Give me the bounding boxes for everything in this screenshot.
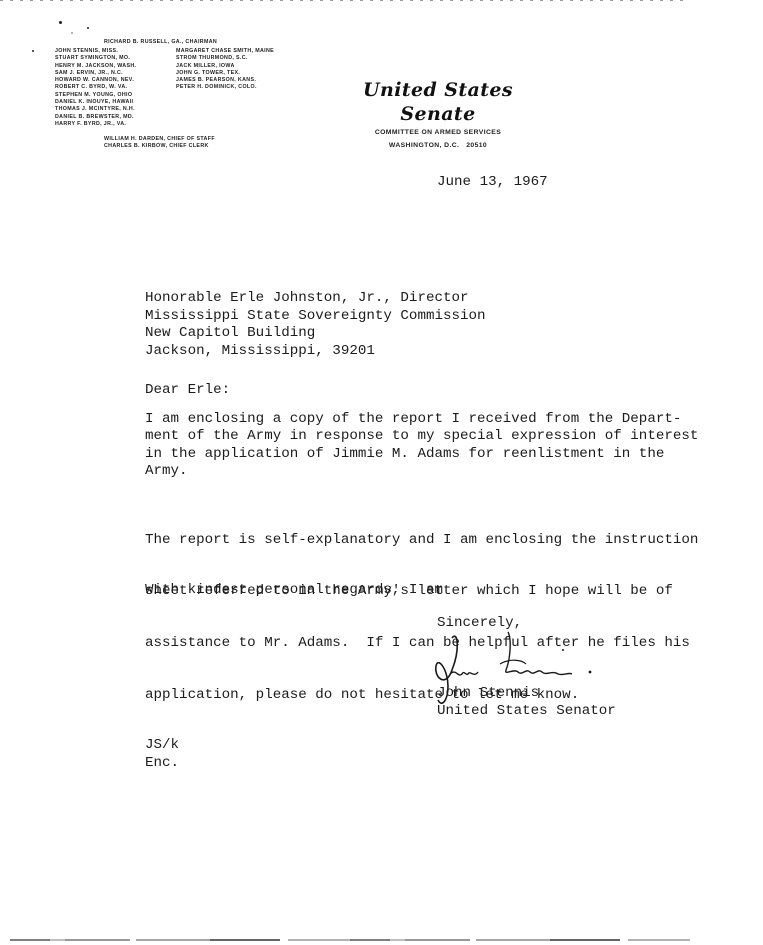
letterhead-members-left: John Stennis, Miss. Stuart Symington, Mo… [55,48,136,128]
member-name: Peter H. Dominick, Colo. [176,84,274,91]
member-name: Robert C. Byrd, W. Va. [55,84,136,91]
recipient-address: Honorable Erle Johnston, Jr., Director M… [145,290,486,360]
member-name: Daniel B. Brewster, Md. [55,114,136,121]
address-line: New Capitol Building [145,325,486,343]
address-line: Jackson, Mississippi, 39201 [145,343,486,361]
member-name: Howard W. Cannon, Nev. [55,77,136,84]
committee-location: WASHINGTON, D.C. 20510 [322,139,554,152]
member-name: Margaret Chase Smith, Maine [176,48,274,55]
staff-name: Charles B. Kirbow, Chief Clerk [104,143,215,150]
letterhead-chairman: Richard B. Russell, Ga., Chairman [104,39,217,46]
address-line: Mississippi State Sovereignty Commission [145,308,486,326]
reference-initials: JS/k [145,736,179,754]
committee-name: COMMITTEE ON ARMED SERVICES [322,126,554,139]
salutation: Dear Erle: [145,382,230,398]
body-line: ment of the Army in response to my speci… [145,428,698,445]
body-line: The report is self-explanatory and I am … [145,532,698,549]
senate-title: United States Senate [322,78,554,126]
member-name: Harry F. Byrd, Jr., Va. [55,121,136,128]
member-name: Henry M. Jackson, Wash. [55,63,136,70]
member-name: Strom Thurmond, S.C. [176,55,274,62]
staff-name: William H. Darden, Chief of Staff [104,136,215,143]
reference-block: JS/k Enc. [145,736,179,772]
page-bottom-edge [10,939,690,941]
complimentary-close: Sincerely, [437,615,522,631]
member-name: Stuart Symington, Mo. [55,55,136,62]
closing-line: With kindest personal regards, I am [145,582,443,598]
member-name: Thomas J. McIntyre, N.H. [55,106,136,113]
enclosure-notation: Enc. [145,754,179,772]
body-line: assistance to Mr. Adams. If I can be hel… [145,635,698,652]
member-name: John G. Tower, Tex. [176,70,274,77]
letter-date: June 13, 1967 [437,174,548,190]
member-name: John Stennis, Miss. [55,48,136,55]
body-line: in the application of Jimmie M. Adams fo… [145,446,698,463]
member-name: James B. Pearson, Kans. [176,77,274,84]
signer-title: United States Senator [437,702,616,720]
member-name: Jack Miller, Iowa [176,63,274,70]
letterhead-senate-block: United States Senate COMMITTEE ON ARMED … [322,78,554,152]
body-line: Army. [145,463,698,480]
body-line: I am enclosing a copy of the report I re… [145,411,698,428]
body-paragraph-1: I am enclosing a copy of the report I re… [145,411,698,480]
letterhead-staff: William H. Darden, Chief of Staff Charle… [104,136,215,151]
member-name: Daniel K. Inouye, Hawaii [55,99,136,106]
signer-block: John Stennis United States Senator [437,684,616,720]
page-top-edge [0,0,690,1]
address-line: Honorable Erle Johnston, Jr., Director [145,290,486,308]
member-name: Sam J. Ervin, Jr., N.C. [55,70,136,77]
letterhead-members-right: Margaret Chase Smith, Maine Strom Thurmo… [176,48,274,92]
member-name: Stephen M. Young, Ohio [55,92,136,99]
signer-name: John Stennis [437,684,616,702]
